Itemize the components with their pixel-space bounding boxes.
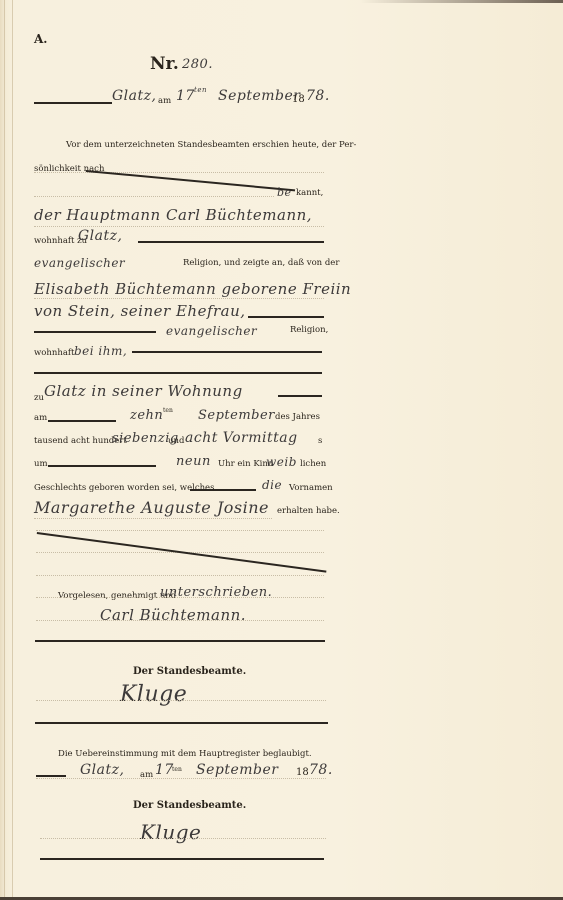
strike-line	[86, 170, 295, 191]
year-and: und	[168, 436, 184, 446]
fill-rule	[36, 775, 66, 777]
header-month: September	[218, 88, 300, 104]
dotted-line	[34, 196, 274, 197]
section-rule	[35, 722, 328, 724]
register-page: A. Nr. 280. Glatz, am 17 ten September 1…	[0, 0, 563, 897]
fill-rule	[190, 489, 256, 491]
fill-rule	[248, 316, 324, 318]
dotted-line	[34, 298, 324, 299]
religion-value: evangelischer	[34, 256, 125, 270]
declarant-name: der Hauptmann Carl Büchtemann,	[34, 206, 312, 224]
official-signature: Kluge	[120, 682, 187, 707]
dotted-line	[34, 518, 272, 519]
cert-year-printed: 18	[296, 767, 309, 778]
time-value: neun	[176, 454, 211, 469]
fill-rule	[138, 241, 324, 243]
section-rule	[34, 372, 322, 374]
birth-month: September	[198, 408, 275, 423]
mother-line-1: Elisabeth Büchtemann geborene Freiin	[34, 280, 351, 298]
gender-line: Geschlechts geboren worden sei, welches	[34, 483, 214, 493]
religion-label: Religion, und zeigte an, daß von der	[183, 258, 339, 268]
page-binding-edge	[0, 0, 13, 897]
birthplace-value: Glatz in seiner Wohnung	[44, 382, 243, 400]
year-units: acht Vormittag	[185, 430, 298, 446]
fill-rule	[48, 420, 116, 422]
mother-residence-label: wohnhaft	[34, 348, 74, 358]
dotted-line	[36, 597, 324, 598]
child-names: Margarethe Auguste Josine	[34, 498, 269, 517]
fill-rule	[34, 331, 156, 333]
sex-value: weib	[266, 455, 297, 469]
header-year-written: 78.	[306, 88, 330, 104]
dotted-line	[36, 778, 326, 779]
cert-day: 17	[155, 762, 174, 778]
cert-day-suffix: ten	[172, 766, 182, 773]
dotted-line	[36, 700, 326, 701]
certification-text: Die Uebereinstimmung mit dem Hauptregist…	[58, 749, 312, 759]
birthdate-am: am	[34, 413, 47, 423]
official-title: Der Standesbeamte.	[133, 666, 246, 677]
top-shadow	[360, 0, 563, 3]
header-rule	[34, 102, 112, 104]
name-label: Vornamen	[289, 483, 333, 493]
cert-year-written: 78.	[309, 762, 333, 778]
received-label: erhalten habe.	[277, 506, 340, 516]
page-binding-line	[4, 0, 5, 897]
residence-value: Glatz,	[78, 228, 122, 244]
fill-rule	[48, 465, 156, 467]
cert-official-title: Der Standesbeamte.	[133, 800, 246, 811]
header-day: 17	[176, 88, 195, 104]
header-day-suffix: ten	[194, 86, 207, 94]
declarant-signature: Carl Büchtemann.	[100, 606, 246, 624]
dotted-line	[36, 620, 324, 621]
dotted-line	[36, 575, 324, 576]
header-place: Glatz,	[112, 88, 156, 104]
record-number-label: Nr.	[150, 54, 179, 74]
mother-residence-value: bei ihm,	[74, 344, 127, 358]
name-article: die	[262, 478, 282, 492]
year-label: des Jahres	[275, 412, 320, 422]
known-suffix: kannt,	[296, 188, 323, 198]
section-rule	[40, 858, 324, 860]
birth-day-suffix: ten	[163, 407, 173, 414]
dotted-line	[40, 838, 326, 839]
record-number-value: 280.	[182, 57, 213, 72]
mother-religion-value: evangelischer	[166, 324, 257, 338]
section-rule	[35, 640, 325, 642]
known-prefix: be	[277, 186, 292, 199]
sex-suffix: lichen	[300, 459, 326, 469]
read-label: Vorgelesen, genehmigt und	[58, 591, 176, 601]
mother-religion-label: Religion,	[290, 325, 328, 335]
mother-line-2: von Stein, seiner Ehefrau,	[34, 302, 246, 320]
header-date-prefix: am	[158, 96, 171, 106]
dotted-line	[34, 226, 324, 227]
cert-month: September	[196, 762, 278, 778]
year-s: s	[318, 436, 322, 446]
fill-rule	[132, 351, 322, 353]
birthplace-prefix: zu	[34, 393, 44, 403]
dotted-line	[34, 172, 324, 173]
cert-place: Glatz,	[80, 762, 124, 778]
cert-official-signature: Kluge	[140, 820, 201, 844]
dotted-line	[36, 530, 324, 531]
fill-rule	[278, 395, 322, 397]
time-um: um	[34, 459, 48, 469]
header-year-printed: 18	[292, 94, 305, 105]
birth-day: zehn	[130, 408, 163, 423]
intro-text: Vor dem unterzeichneten Standesbeamten e…	[66, 140, 356, 150]
section-letter: A.	[34, 32, 48, 46]
